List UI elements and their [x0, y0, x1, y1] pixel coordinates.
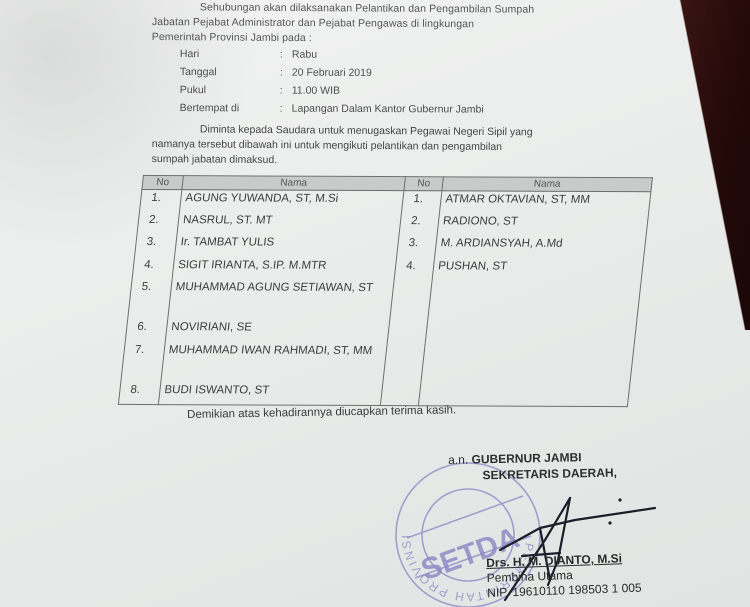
table-row: 1.AGUNG YUWANDA, ST, M.Si1.ATMAR OKTAVIA… — [139, 189, 650, 214]
row-number-left: 5. — [128, 279, 172, 319]
row-number-left: 1. — [139, 189, 181, 212]
detail-row-day: Hari : Rabu — [180, 45, 484, 65]
detail-label: Pukul — [180, 84, 280, 97]
names-table-wrapper: No Nama No Nama 1.AGUNG YUWANDA, ST, M.S… — [118, 175, 653, 407]
table-row: 5.MUHAMMAD AGUNG SETIAWAN, ST — [128, 279, 641, 321]
intro-paragraph: Sehubungan akan dilaksanakan Pelantikan … — [152, 0, 652, 48]
detail-row-date: Tanggal : 20 Februari 2019 — [180, 63, 484, 83]
row-number-left: 8. — [118, 382, 160, 405]
detail-label: Bertempat di — [180, 102, 280, 115]
row-name-left: AGUNG YUWANDA, ST, M.Si — [179, 190, 403, 213]
row-name-right: M. ARDIANSYAH, A.Md — [435, 236, 646, 259]
row-name-right — [428, 281, 641, 322]
detail-value: 20 Februari 2019 — [292, 67, 372, 79]
row-name-right: RADIONO, ST — [437, 213, 648, 236]
row-name-right — [418, 383, 629, 406]
event-details: Hari : Rabu Tanggal : 20 Februari 2019 P… — [180, 45, 484, 119]
row-number-left: 2. — [137, 212, 179, 235]
row-number-left: 6. — [125, 319, 167, 342]
signer-block: Drs. H. M. DIANTO, M.Si Pembina Utama NI… — [486, 551, 642, 601]
detail-value: Lapangan Dalam Kantor Gubernur Jambi — [292, 103, 484, 116]
detail-label: Tanggal — [180, 66, 280, 79]
signature-block: a.n. GUBERNUR JAMBI SEKRETARIS DAERAH, — [448, 448, 617, 484]
row-number-right — [383, 343, 425, 383]
row-number-right: 2. — [399, 213, 439, 236]
row-name-right: ATMAR OKTAVIAN, ST, MM — [439, 191, 650, 214]
row-number-right: 1. — [401, 191, 441, 214]
row-number-right: 4. — [394, 258, 434, 281]
row-name-left: MUHAMMAD AGUNG SETIAWAN, ST — [168, 279, 394, 320]
row-name-right: PUSHAN, ST — [432, 258, 643, 281]
table-row: 8.BUDI ISWANTO, ST — [118, 382, 629, 407]
detail-label: Hari — [180, 48, 280, 61]
detail-row-time: Pukul : 11.00 WIB — [180, 81, 484, 101]
table-row: 7.MUHAMMAD IWAN RAHMADI, ST, MM — [121, 342, 634, 384]
row-number-left: 4. — [132, 257, 174, 280]
row-number-left: 7. — [121, 342, 165, 382]
row-name-left: BUDI ISWANTO, ST — [158, 382, 382, 405]
detail-separator: : — [280, 67, 292, 79]
detail-row-venue: Bertempat di : Lapangan Dalam Kantor Gub… — [180, 99, 484, 119]
table-row: 3.Ir. TAMBAT YULIS3.M. ARDIANSYAH, A.Md — [135, 234, 646, 259]
detail-value: Rabu — [292, 49, 317, 61]
table-row: 2.NASRUL, ST. MT2.RADIONO, ST — [137, 212, 648, 237]
header-no-left: No — [142, 176, 184, 190]
request-paragraph: Diminta kepada Saudara untuk menugaskan … — [152, 122, 650, 171]
row-name-left: NOVIRIANI, SE — [165, 320, 389, 343]
detail-value: 11.00 WIB — [292, 85, 340, 97]
table-row: 4.SIGIT IRIANTA, S.IP. M.MTR4.PUSHAN, ST — [132, 257, 643, 282]
names-table: No Nama No Nama 1.AGUNG YUWANDA, ST, M.S… — [118, 175, 653, 407]
row-name-right — [421, 343, 634, 384]
row-name-left: SIGIT IRIANTA, S.IP. M.MTR — [172, 257, 396, 280]
header-no-right: No — [404, 177, 444, 191]
header-name-right: Nama — [442, 177, 653, 192]
row-number-right — [387, 320, 427, 343]
on-behalf-of: a.n. — [448, 453, 468, 467]
detail-separator: : — [280, 85, 292, 97]
row-name-left: Ir. TAMBAT YULIS — [175, 235, 399, 258]
detail-separator: : — [280, 103, 292, 115]
table-row: 6.NOVIRIANI, SE — [125, 319, 636, 344]
row-number-right — [390, 280, 432, 320]
row-number-left: 3. — [135, 234, 177, 257]
table-body: 1.AGUNG YUWANDA, ST, M.Si1.ATMAR OKTAVIA… — [118, 189, 651, 406]
row-name-left: MUHAMMAD IWAN RAHMADI, ST, MM — [161, 342, 387, 383]
signature-office: GUBERNUR JAMBI — [471, 450, 581, 466]
row-name-left: NASRUL, ST. MT — [177, 212, 401, 235]
detail-separator: : — [280, 49, 292, 61]
row-number-right: 3. — [397, 235, 437, 258]
header-name-left: Nama — [182, 176, 406, 191]
row-name-right — [425, 321, 636, 344]
row-number-right — [380, 383, 420, 406]
